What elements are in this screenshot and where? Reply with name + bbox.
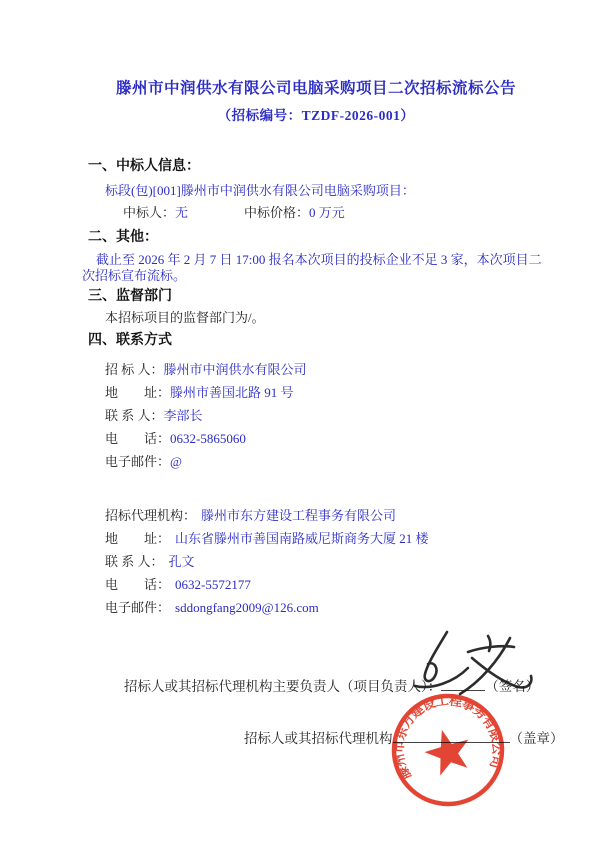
agency-name-label: 招标代理机构： bbox=[105, 504, 196, 527]
tenderer-name-label: 招 标 人： bbox=[105, 358, 164, 381]
agency-address-row: 地 址：山东省滕州市善国南路威尼斯商务大厦 21 楼 bbox=[105, 527, 550, 550]
agency-phone-row: 电 话：0632-5572177 bbox=[105, 573, 550, 596]
handwritten-signature bbox=[400, 616, 550, 706]
tenderer-phone-label: 电 话： bbox=[105, 427, 170, 450]
tenderer-person-label: 联 系 人： bbox=[105, 404, 164, 427]
tenderer-email-label: 电子邮件： bbox=[105, 450, 170, 473]
document-content: 滕州市中润供水有限公司电脑采购项目二次招标流标公告 （招标编号：TZDF-202… bbox=[0, 0, 600, 619]
supervision-body: 本招标项目的监督部门为/。 bbox=[105, 310, 550, 326]
agency-person-value: 孔文 bbox=[164, 554, 195, 569]
tenderer-contact-block: 招 标 人：滕州市中润供水有限公司 地 址：滕州市善国北路 91 号 联 系 人… bbox=[105, 358, 550, 473]
tenderer-email-value: @ bbox=[170, 454, 182, 469]
tenderer-person-row: 联 系 人：李部长 bbox=[105, 404, 550, 427]
tenderer-person-value: 李部长 bbox=[164, 408, 203, 423]
tenderer-phone-row: 电 话：0632-5865060 bbox=[105, 427, 550, 450]
agency-person-label: 联 系 人： bbox=[105, 550, 164, 573]
tenderer-phone-value: 0632-5865060 bbox=[170, 431, 246, 446]
section-heading-supervision: 三、监督部门 bbox=[88, 288, 550, 305]
tenderer-address-row: 地 址：滕州市善国北路 91 号 bbox=[105, 381, 550, 404]
agency-contact-block: 招标代理机构：滕州市东方建设工程事务有限公司 地 址：山东省滕州市善国南路威尼斯… bbox=[105, 504, 550, 619]
agency-phone-value: 0632-5572177 bbox=[170, 577, 251, 592]
agency-email-label: 电子邮件： bbox=[105, 596, 170, 619]
tender-number: （招标编号：TZDF-2026-001） bbox=[82, 107, 550, 125]
winner-value: 无 bbox=[175, 205, 188, 220]
tenderer-name-value: 滕州市中润供水有限公司 bbox=[164, 362, 307, 377]
section-heading-winner-info: 一、中标人信息： bbox=[88, 158, 550, 175]
section-heading-other: 二、其他： bbox=[88, 229, 550, 246]
agency-person-row: 联 系 人：孔文 bbox=[105, 550, 550, 573]
tenderer-address-label: 地 址： bbox=[105, 381, 170, 404]
other-body: 截止至 2026 年 2 月 7 日 17:00 报名本次项目的投标企业不足 3… bbox=[82, 252, 550, 284]
agency-phone-label: 电 话： bbox=[105, 573, 170, 596]
agency-name-row: 招标代理机构：滕州市东方建设工程事务有限公司 bbox=[105, 504, 550, 527]
winner-label: 中标人： bbox=[123, 205, 175, 220]
seal-star-icon bbox=[422, 726, 473, 777]
page-title: 滕州市中润供水有限公司电脑采购项目二次招标流标公告 bbox=[82, 79, 550, 98]
price-label: 中标价格： bbox=[244, 205, 309, 220]
seal-suffix: （盖章） bbox=[510, 731, 564, 746]
tenderer-name-row: 招 标 人：滕州市中润供水有限公司 bbox=[105, 358, 550, 381]
company-seal-stamp: 滕州市东方建设工程事务有限公司 bbox=[388, 690, 508, 810]
organization-text: 招标人或其招标代理机构 bbox=[244, 731, 393, 746]
agency-address-value: 山东省滕州市善国南路威尼斯商务大厦 21 楼 bbox=[170, 531, 429, 546]
price-value: 0 万元 bbox=[309, 205, 345, 220]
tenderer-address-value: 滕州市善国北路 91 号 bbox=[170, 385, 294, 400]
document-page: 滕州市中润供水有限公司电脑采购项目二次招标流标公告 （招标编号：TZDF-202… bbox=[0, 0, 600, 853]
agency-address-label: 地 址： bbox=[105, 527, 170, 550]
winner-price-line: 中标人：无中标价格：0 万元 bbox=[123, 205, 550, 221]
agency-name-value: 滕州市东方建设工程事务有限公司 bbox=[196, 508, 396, 523]
package-line: 标段(包)[001]滕州市中润供水有限公司电脑采购项目： bbox=[105, 183, 550, 199]
section-heading-contact: 四、联系方式 bbox=[88, 332, 550, 349]
agency-email-value: sddongfang2009@126.com bbox=[170, 600, 319, 615]
tenderer-email-row: 电子邮件：@ bbox=[105, 450, 550, 473]
